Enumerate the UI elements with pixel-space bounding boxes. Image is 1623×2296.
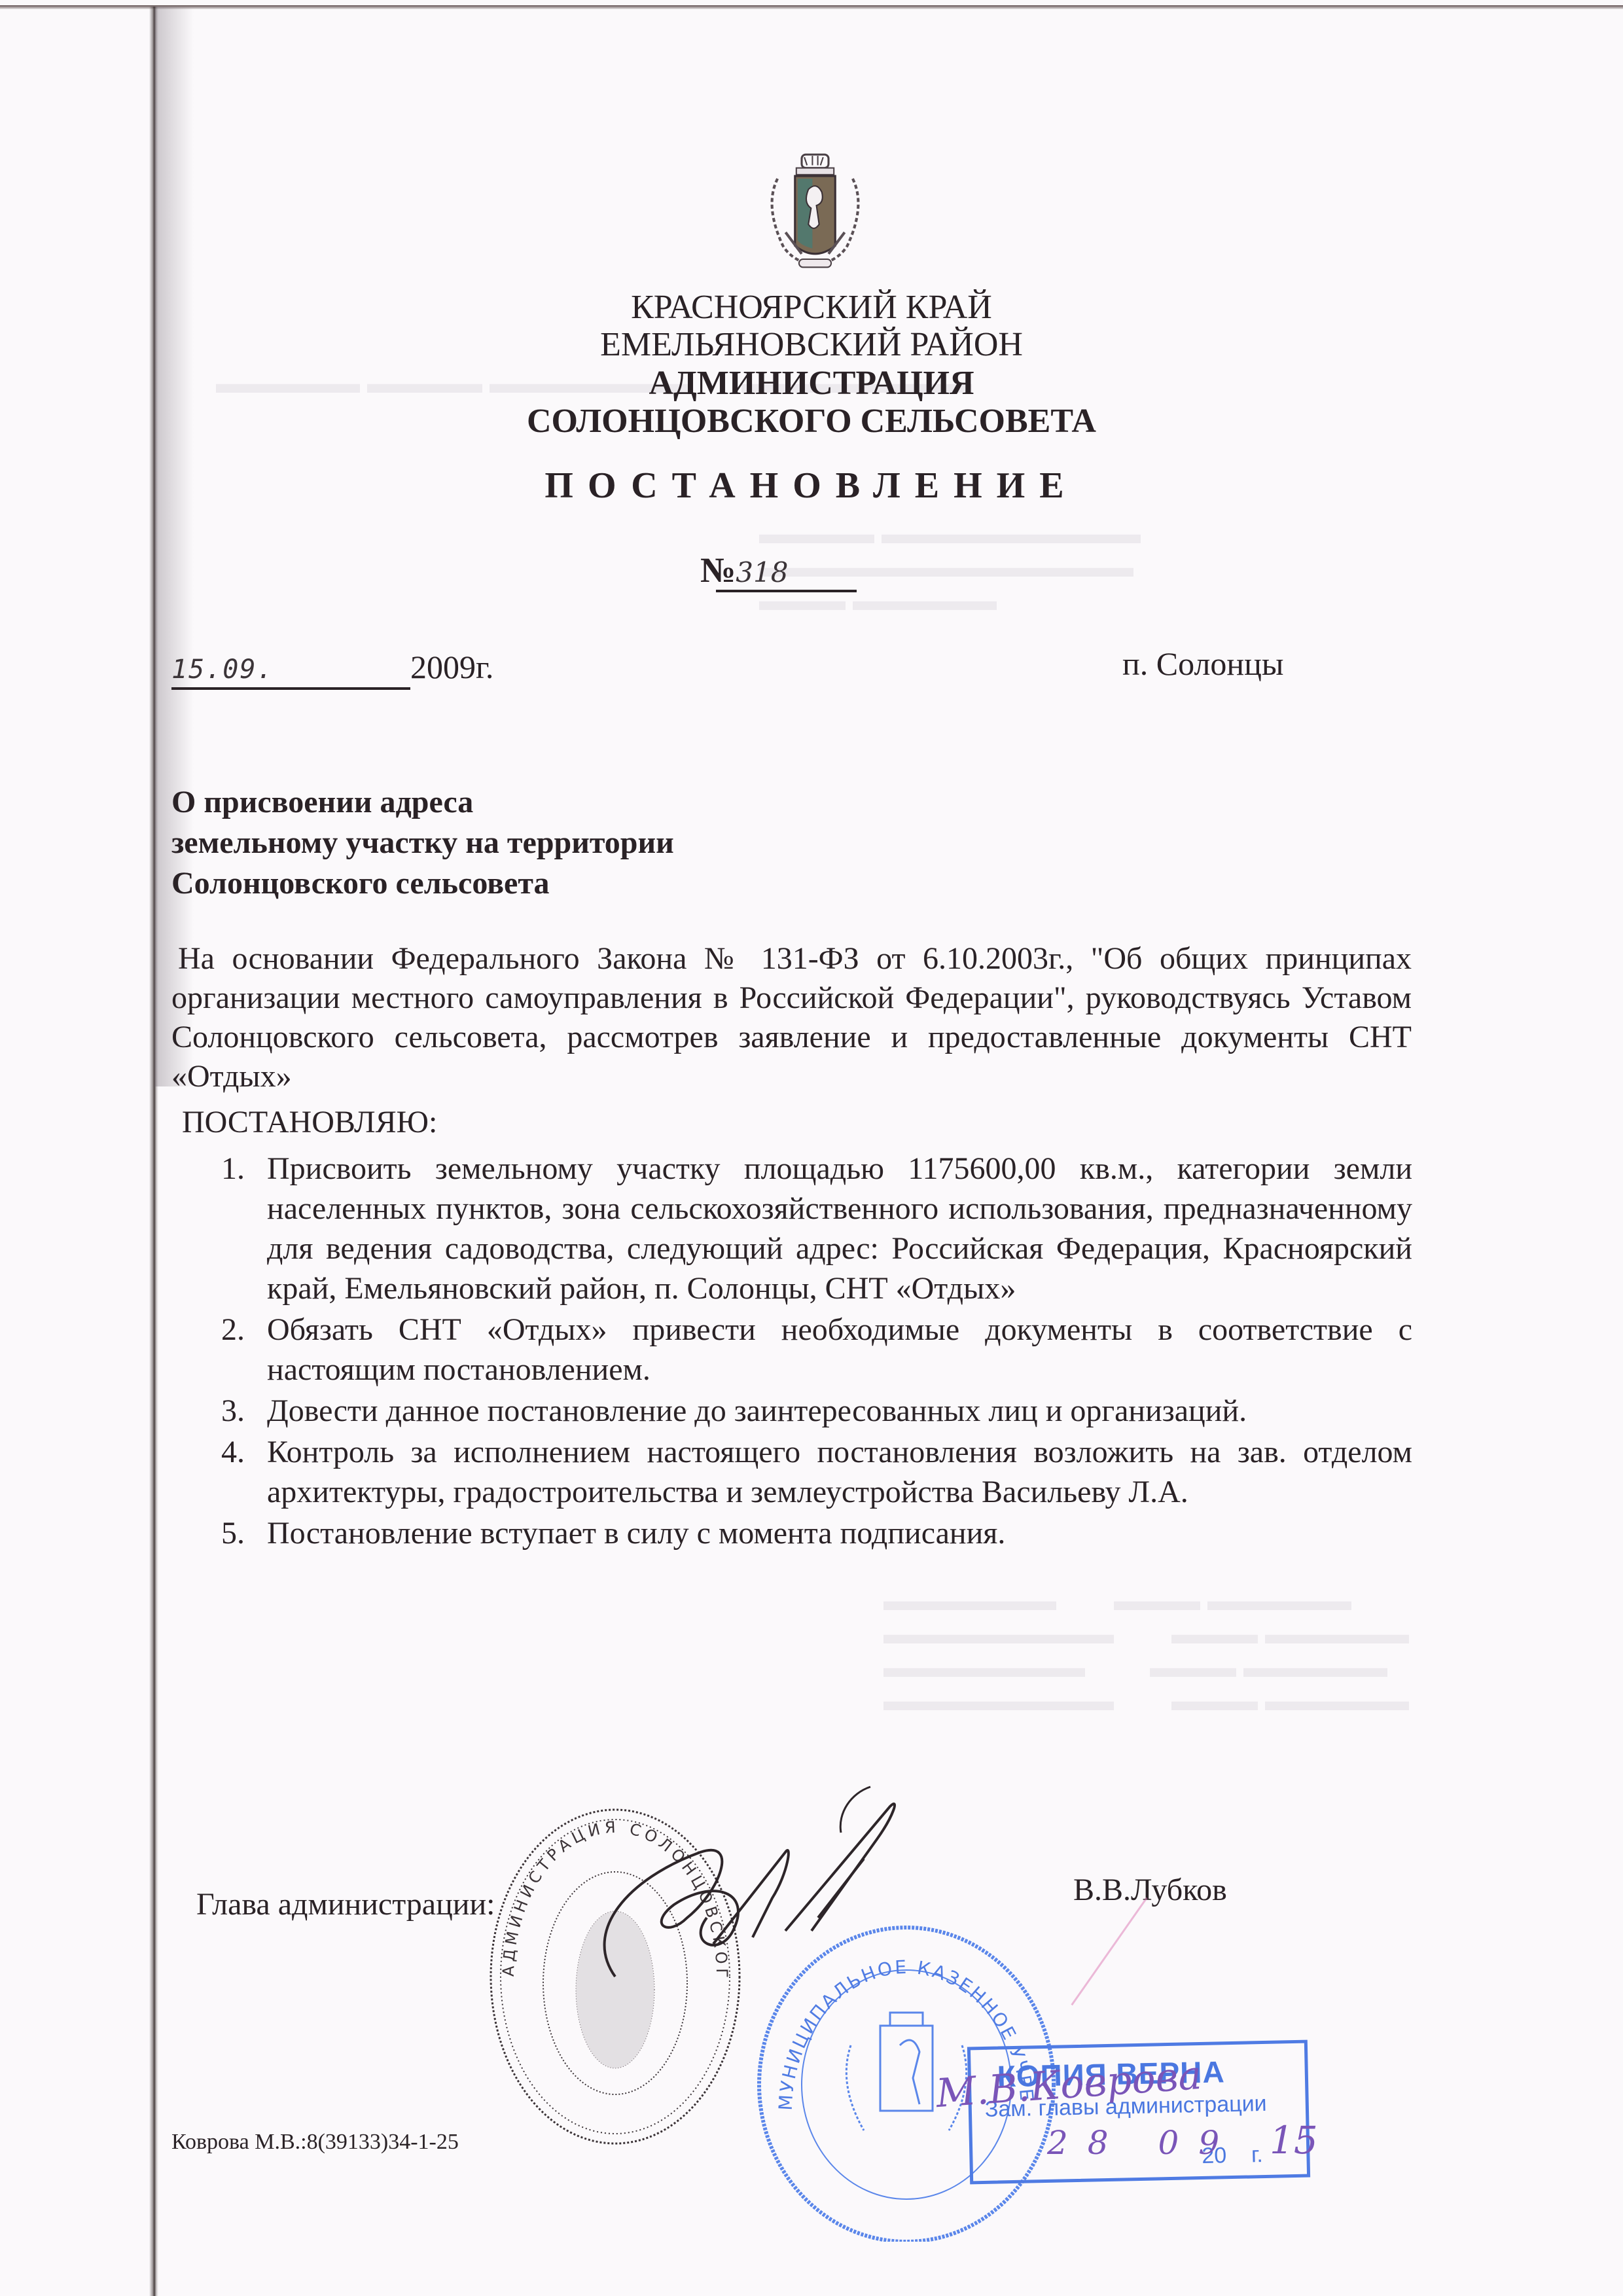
item-number: 3.: [221, 1391, 245, 1431]
item-text: Обязать СНТ «Отдых» привести необходимые…: [267, 1312, 1412, 1387]
coat-of-arms-icon: [748, 152, 882, 286]
footer-contact: Коврова М.В.:8(39133)34-1-25: [171, 2130, 459, 2155]
number-handwritten: 318: [736, 556, 788, 588]
resolution-item: 1.Присвоить земельному участку площадью …: [221, 1149, 1412, 1308]
ink-mark: [1071, 1897, 1147, 2006]
subject-line: земельному участку на территории: [171, 823, 674, 863]
resolve-word: ПОСТАНОВЛЯЮ:: [182, 1104, 437, 1140]
header-administration: АДМИНИСТРАЦИЯ: [0, 364, 1623, 403]
date-year: 2009г.: [410, 649, 493, 685]
header-region: КРАСНОЯРСКИЙ КРАЙ: [0, 288, 1623, 327]
date-handwritten: 15.09.: [171, 655, 410, 690]
certifier-handwritten-date: 28 09: [1047, 2124, 1239, 2162]
header-council: СОЛОНЦОВСКОГО СЕЛЬСОВЕТА: [0, 402, 1623, 441]
document-subject: О присвоении адреса земельному участку н…: [171, 782, 674, 904]
certifier-handwritten-year: 15: [1270, 2118, 1318, 2162]
document-place: п. Солонцы: [1122, 645, 1284, 683]
signatory-name: В.В.Лубков: [1073, 1872, 1227, 1908]
item-number: 1.: [221, 1149, 245, 1189]
resolution-item: 5.Постановление вступает в силу с момент…: [221, 1513, 1412, 1553]
scan-top-edge: [0, 5, 1623, 9]
subject-line: Солонцовского сельсовета: [171, 863, 674, 904]
signature-label: Глава администрации:: [196, 1886, 495, 1922]
item-text: Контроль за исполнением настоящего поста…: [267, 1435, 1412, 1509]
item-text: Довести данное постановление до заинтере…: [267, 1393, 1247, 1428]
preamble-text: На основании Федерального Закона № 131-Ф…: [171, 939, 1412, 1096]
bleed-through-text: ▬▬▬▬▬▬ ▬▬▬ ▬▬▬▬▬ ▬▬▬▬▬▬▬▬ ▬▬▬ ▬▬▬▬▬ ▬▬▬▬…: [883, 1584, 1409, 1717]
item-text: Присвоить земельному участку площадью 11…: [267, 1151, 1412, 1306]
item-number: 5.: [221, 1513, 245, 1553]
header-district: ЕМЕЛЬЯНОВСКИЙ РАЙОН: [0, 325, 1623, 365]
year-suffix: г.: [1251, 2142, 1263, 2167]
number-underline: [716, 584, 857, 592]
resolution-item: 2.Обязать СНТ «Отдых» привести необходим…: [221, 1310, 1412, 1390]
document-number: №318: [700, 550, 857, 592]
scan-fold-shadow: [154, 7, 194, 1086]
document-date: 15.09.2009г.: [171, 648, 493, 690]
preamble: На основании Федерального Закона № 131-Ф…: [171, 939, 1412, 1096]
resolution-items: 1.Присвоить земельному участку площадью …: [221, 1149, 1412, 1554]
resolution-item: 4.Контроль за исполнением настоящего пос…: [221, 1432, 1412, 1512]
number-sign: №: [700, 550, 736, 590]
document-title: ПОСТАНОВЛЕНИЕ: [0, 465, 1623, 507]
resolution-item: 3.Довести данное постановление до заинте…: [221, 1391, 1412, 1431]
item-text: Постановление вступает в силу с момента …: [267, 1516, 1005, 1551]
item-number: 2.: [221, 1310, 245, 1350]
subject-line: О присвоении адреса: [171, 782, 674, 823]
item-number: 4.: [221, 1432, 245, 1472]
